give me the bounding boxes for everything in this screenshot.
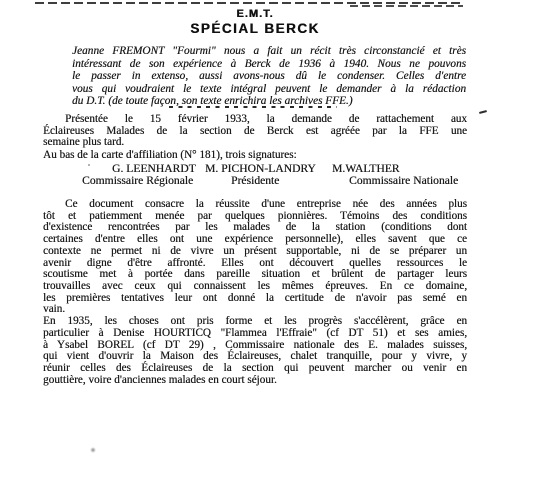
affiliation-note-line: Au bas de la carte d'affiliation (N° 181… bbox=[43, 150, 467, 162]
top-dashed-rule-double bbox=[350, 5, 463, 7]
document-paragraph-line: les premières tentatives leur ont donné … bbox=[43, 293, 467, 305]
editorial-note-line: le passer in extenso, aussi avons-nous d… bbox=[72, 70, 466, 83]
signature-role: Présidente bbox=[231, 175, 279, 187]
affiliation-note: Au bas de la carte d'affiliation (N° 181… bbox=[43, 150, 467, 162]
editorial-note-line: vous qui voudraient le texte intégral pe… bbox=[72, 83, 466, 96]
signature-name: M.WALTHER bbox=[332, 163, 400, 175]
progress-paragraph-line: particulier à Denise HOURTICQ "Flammea l… bbox=[43, 328, 467, 340]
editorial-note: Jeanne FREMONT "Fourmi" nous a fait un r… bbox=[72, 45, 466, 108]
top-dashed-rule bbox=[35, 2, 463, 4]
journal-title: E.M.T. bbox=[43, 8, 467, 21]
progress-paragraph: En 1935, les choses ont pris forme et le… bbox=[43, 316, 467, 386]
signature-name: M. PICHON-LANDRY bbox=[205, 163, 316, 175]
dashed-separator bbox=[169, 106, 337, 108]
affiliation-line: semaine plus tard. bbox=[43, 137, 467, 149]
signature-name: G. LEENHARDT bbox=[112, 163, 196, 175]
editorial-note-line: intéressant de son expérience à Berck de… bbox=[72, 58, 466, 71]
scan-speckle bbox=[88, 164, 90, 166]
signature-role: Commissaire Régionale bbox=[82, 175, 193, 187]
affiliation-line: Présentée le 15 février 1933, la demande… bbox=[43, 114, 467, 126]
masthead: E.M.T. SPÉCIAL BERCK bbox=[43, 8, 467, 36]
scan-speckle bbox=[90, 447, 96, 453]
editorial-note-line: Jeanne FREMONT "Fourmi" nous a fait un r… bbox=[72, 45, 466, 58]
signature-role: Commissaire Nationale bbox=[349, 175, 458, 187]
margin-tick-mark bbox=[479, 110, 487, 114]
issue-title: SPÉCIAL BERCK bbox=[43, 21, 467, 36]
document-paragraph-line: Ce document consacre la réussite d'une e… bbox=[43, 199, 467, 211]
document-paragraph: Ce document consacre la réussite d'une e… bbox=[43, 199, 467, 316]
signature-block: G. LEENHARDT M. PICHON-LANDRY M.WALTHER … bbox=[43, 163, 467, 190]
document-paragraph-line: trouvailles avec ceux qui connaissent le… bbox=[43, 281, 467, 293]
document-paragraph-line: contexte ne permet ni de vivre un présen… bbox=[43, 246, 467, 258]
scanned-document-page: E.M.T. SPÉCIAL BERCK Jeanne FREMONT "Fou… bbox=[0, 0, 541, 483]
progress-paragraph-line: gouttière, voire d'anciennes malades en … bbox=[43, 375, 467, 387]
affiliation-paragraph: Présentée le 15 février 1933, la demande… bbox=[43, 114, 467, 149]
